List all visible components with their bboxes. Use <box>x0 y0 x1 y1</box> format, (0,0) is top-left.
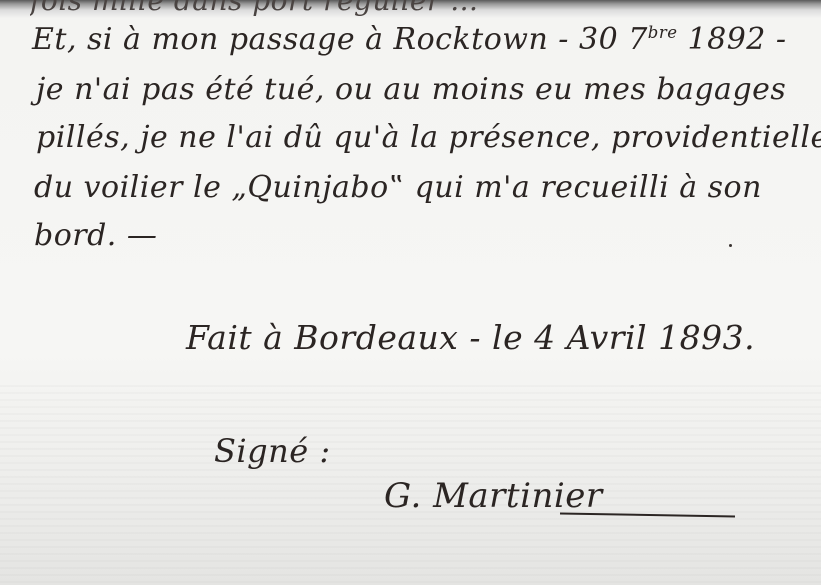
month-abbrev-superscript: bre <box>648 23 678 42</box>
body-line-1: Et, si à mon passage à Rocktown - 30 7br… <box>32 22 787 57</box>
body-line-4: du voilier le „Quinjabo‟ qui m'a recueil… <box>34 170 762 205</box>
signed-label: Signé : <box>214 432 331 470</box>
body-line-3: pillés, je ne l'ai dû qu'à la présence, … <box>36 120 821 155</box>
place-and-date: Fait à Bordeaux - le 4 Avril 1893. <box>186 318 755 357</box>
body-line-1-text: Et, si à mon passage à Rocktown - 30 7 <box>32 22 648 57</box>
body-line-1-year: 1892 - <box>678 22 787 57</box>
signature: G. Martinier <box>384 476 603 516</box>
body-line-2: je n'ai pas été tué, ou au moins eu mes … <box>36 72 786 107</box>
scanned-page: fois mille dans port régulier ... Et, si… <box>0 0 821 585</box>
body-line-5: bord. — <box>34 218 157 253</box>
cutoff-line-top: fois mille dans port régulier ... <box>30 0 478 17</box>
ink-speck <box>729 244 732 247</box>
